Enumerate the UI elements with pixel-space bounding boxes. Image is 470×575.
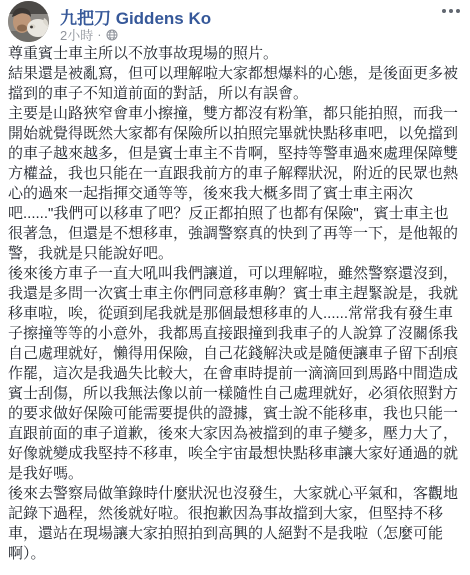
facebook-post-card: 九把刀 Giddens Ko 2小時 · 尊重賓士車主所以不放事故現場的照片。 … bbox=[0, 0, 470, 575]
ellipsis-icon bbox=[442, 9, 460, 13]
post-meta: 2小時 · bbox=[60, 25, 118, 44]
timestamp[interactable]: 2小時 bbox=[60, 25, 93, 44]
globe-icon bbox=[106, 29, 118, 41]
author-avatar[interactable] bbox=[8, 1, 49, 42]
post-options-button[interactable] bbox=[440, 4, 462, 18]
post-header: 九把刀 Giddens Ko 2小時 · bbox=[0, 0, 470, 44]
meta-separator: · bbox=[97, 27, 101, 42]
profile-photo-icon bbox=[8, 1, 49, 42]
post-content: 尊重賓士車主所以不放事故現場的照片。 結果還是被亂寫，但可以理解啦大家都想爆料的… bbox=[0, 44, 470, 564]
